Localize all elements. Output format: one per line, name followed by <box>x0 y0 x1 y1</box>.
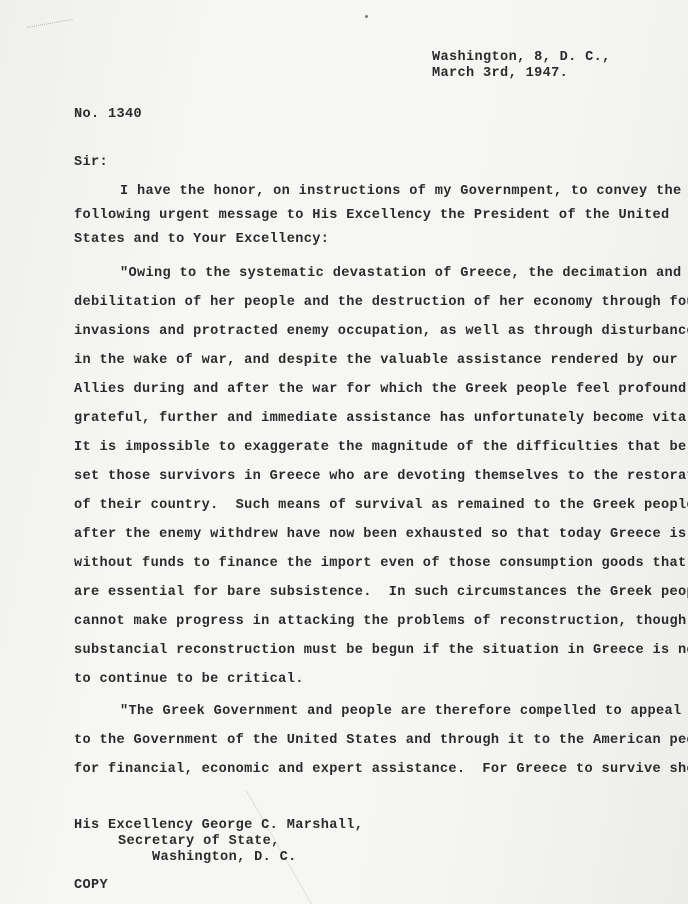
body-line: Allies during and after the war for whic… <box>74 382 688 398</box>
handwritten-mark <box>25 9 72 28</box>
body-line: to the Government of the United States a… <box>74 733 688 749</box>
body-line: debilitation of her people and the destr… <box>74 295 688 311</box>
body-line: set those survivors in Greece who are de… <box>74 469 688 485</box>
reference-number: No. 1340 <box>74 107 142 123</box>
body-line: cannot make progress in attacking the pr… <box>74 614 687 630</box>
body-line: invasions and protracted enemy occupatio… <box>74 324 688 340</box>
header-place: Washington, 8, D. C., <box>432 50 611 66</box>
body-line: States and to Your Excellency: <box>74 232 329 248</box>
body-line: for financial, economic and expert assis… <box>74 762 688 778</box>
body-line: of their country. Such means of survival… <box>74 498 688 514</box>
header-date: March 3rd, 1947. <box>432 66 568 82</box>
body-line: to continue to be critical. <box>74 672 304 688</box>
document-page: Washington, 8, D. C., March 3rd, 1947. N… <box>0 0 688 904</box>
addressee-location: Washington, D. C. <box>152 850 297 866</box>
body-line: following urgent message to His Excellen… <box>74 208 670 224</box>
salutation: Sir: <box>74 155 108 171</box>
addressee-name: His Excellency George C. Marshall, <box>74 818 363 834</box>
body-line: after the enemy withdrew have now been e… <box>74 527 687 543</box>
copy-label: COPY <box>74 878 108 894</box>
body-line: substancial reconstruction must be begun… <box>74 643 688 659</box>
body-line: without funds to finance the import even… <box>74 556 687 572</box>
body-line: "Owing to the systematic devastation of … <box>120 266 682 282</box>
addressee-title: Secretary of State, <box>118 834 280 850</box>
body-line: grateful, further and immediate assistan… <box>74 411 688 427</box>
ink-dot <box>365 15 368 18</box>
body-line: are essential for bare subsistence. In s… <box>74 585 688 601</box>
body-line: in the wake of war, and despite the valu… <box>74 353 678 369</box>
body-line: It is impossible to exaggerate the magni… <box>74 440 688 456</box>
body-line: "The Greek Government and people are the… <box>120 704 682 720</box>
body-line: I have the honor, on instructions of my … <box>120 184 682 200</box>
